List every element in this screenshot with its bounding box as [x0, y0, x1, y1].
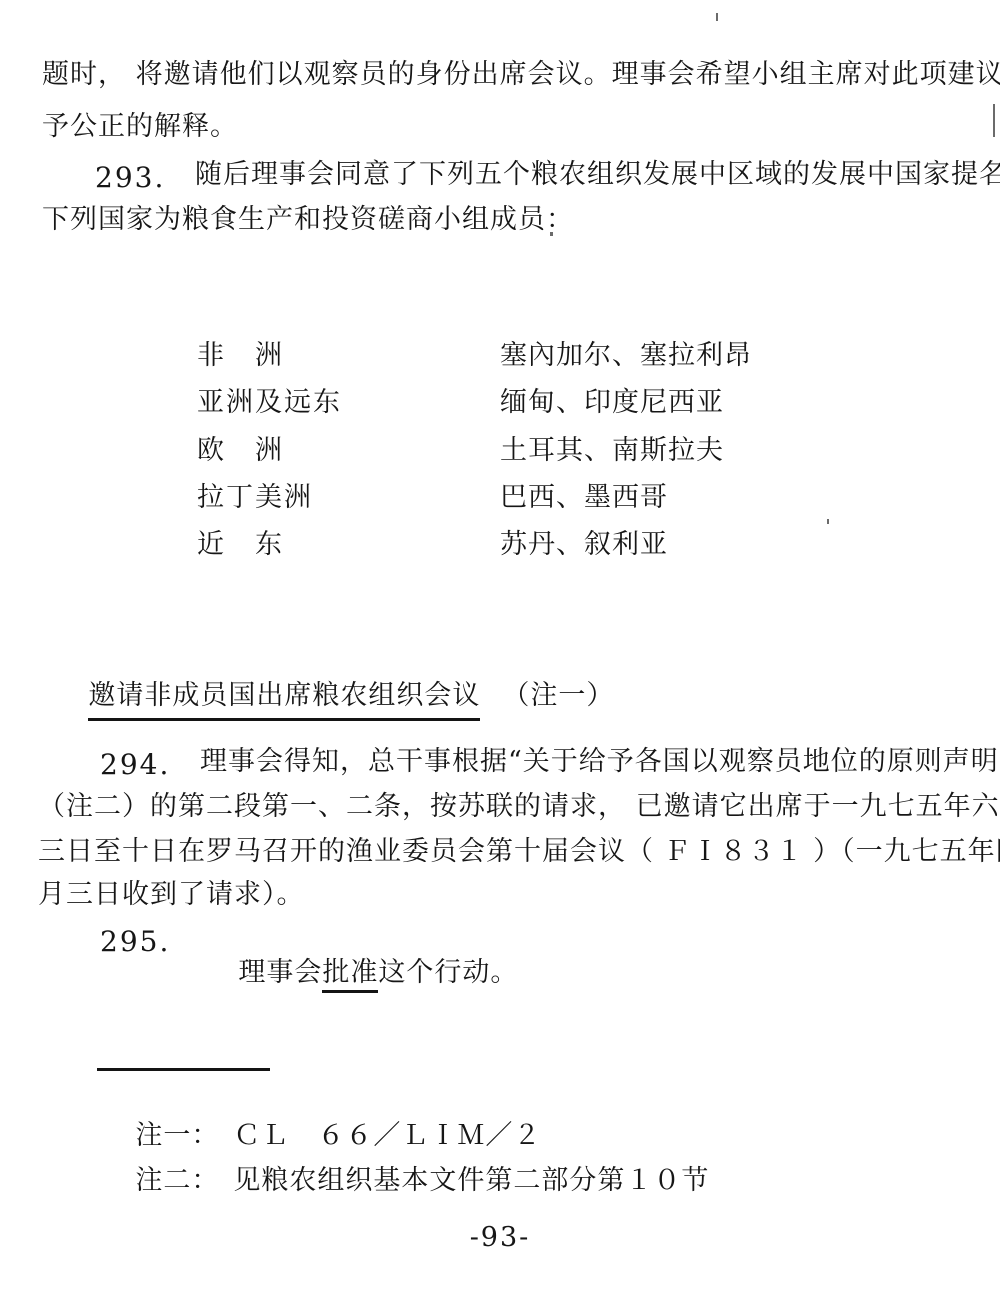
paragraph-293-number: 293.	[95, 160, 165, 195]
region-members: 巴西、墨西哥	[500, 475, 668, 514]
footnote-2-text: 见粮农组织基本文件第二部分第１０节	[219, 1165, 709, 1196]
region-name: 欧 洲	[197, 428, 284, 467]
scan-artifact	[827, 519, 829, 524]
paragraph-293-line-1: 随后理事会同意了下列五个粮农组织发展中区域的发展中国家提名	[195, 158, 1000, 192]
section-heading: 邀请非成员国出席粮农组织会议（注一）	[50, 645, 614, 746]
page-number: -93-	[0, 1222, 1000, 1253]
paragraph-294-line-3: 三日至十日在罗马召开的渔业委员会第十届会议（ ＦＩ８３１ ）（一九七五年四	[38, 835, 1000, 869]
footnote-2-label: 注二：	[135, 1165, 219, 1196]
footnote-divider	[97, 1068, 270, 1071]
footnote-2: 注二：见粮农组织基本文件第二部分第１０节	[97, 1130, 709, 1231]
paragraph-294-line-2: （注二）的第二段第一、二条，按苏联的请求， 已邀请它出席于一九七五年六月	[38, 790, 1000, 824]
scan-artifact	[993, 104, 995, 137]
region-name: 亚洲及远东	[197, 380, 342, 419]
continuation-line-1: 题时， 将邀请他们以观察员的身份出席会议。理事会希望小组主席对此项建议给	[42, 58, 1000, 92]
section-heading-text: 邀请非成员国出席粮农组织会议	[88, 680, 480, 721]
paragraph-295-post: 这个行动。	[378, 957, 518, 988]
paragraph-295-pre: 理事会	[238, 957, 322, 988]
region-name: 拉丁美洲	[197, 475, 313, 514]
paragraph-293-line-2: 下列国家为粮食生产和投资磋商小组成员：	[42, 203, 574, 237]
paragraph-294-number: 294.	[100, 747, 170, 782]
region-name: 非 洲	[197, 333, 284, 372]
region-members: 塞內加尔、塞拉利昂	[500, 333, 752, 372]
scanned-document-page: 题时， 将邀请他们以观察员的身份出席会议。理事会希望小组主席对此项建议给 予公正…	[0, 0, 1000, 1300]
paragraph-294-line-4: 月三日收到了请求）。	[38, 878, 305, 912]
region-name: 近 东	[197, 522, 284, 561]
region-members: 土耳其、南斯拉夫	[500, 428, 724, 467]
region-members: 缅甸、印度尼西亚	[500, 380, 724, 419]
paragraph-295-text: 理事会批准这个行动。	[200, 922, 518, 1023]
scan-artifact	[550, 232, 553, 236]
continuation-line-2: 予公正的解释。	[42, 110, 238, 144]
paragraph-295-emphasized: 批准	[322, 957, 378, 993]
paragraph-294-line-1: 理事会得知，总干事根据“关于给予各国以观察员地位的原则声明”	[200, 745, 1000, 779]
region-members: 苏丹、叙利亚	[500, 522, 668, 561]
paragraph-295-number: 295.	[100, 924, 170, 959]
section-heading-note: （注一）	[480, 680, 614, 711]
scan-artifact	[716, 13, 718, 21]
